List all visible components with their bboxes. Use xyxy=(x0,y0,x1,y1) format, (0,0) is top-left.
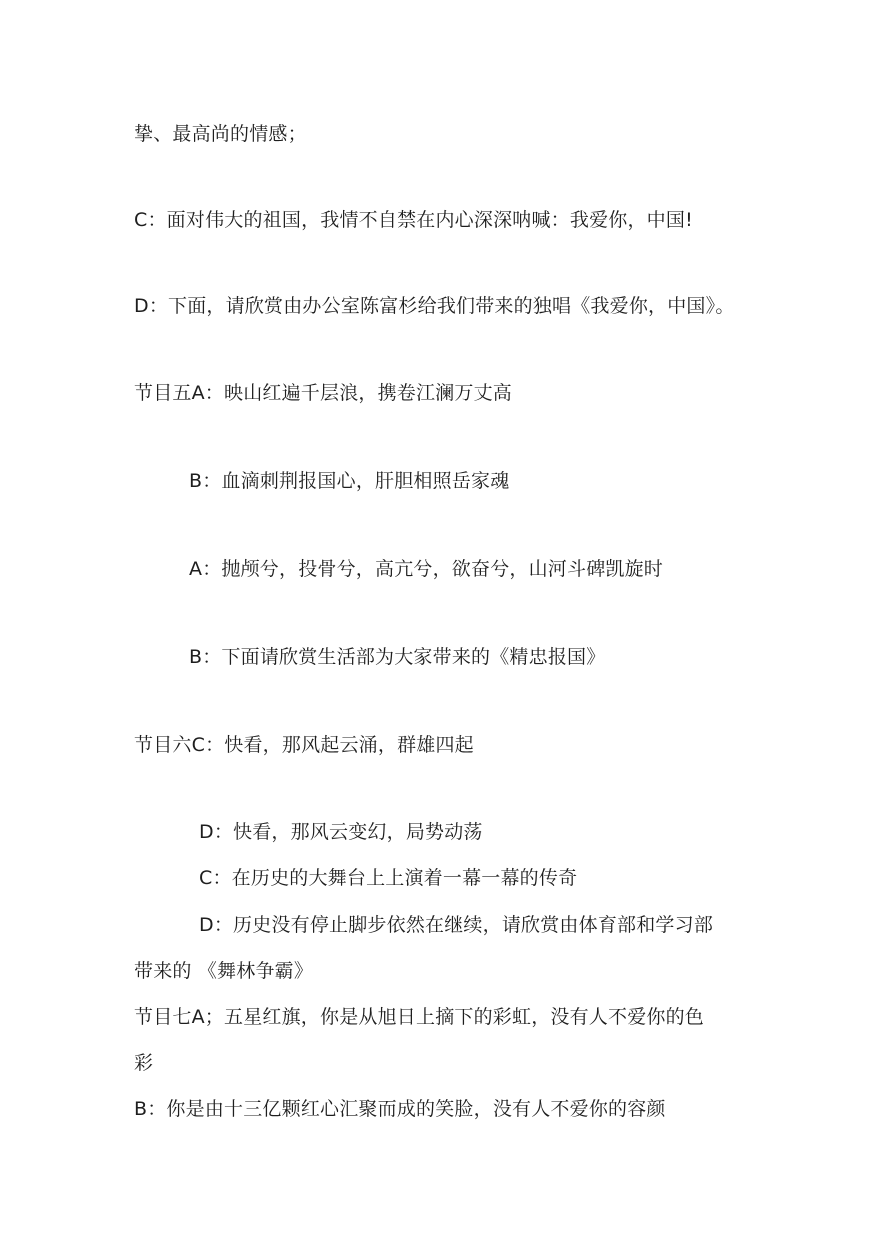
text-line-program-5-b2: B：下面请欣赏生活部为大家带来的《精忠报国》 xyxy=(189,645,605,669)
text-line-program-5-a2: A：抛颅兮，投骨兮，高亢兮，欲奋兮，山河斗碑凯旋时 xyxy=(189,557,663,581)
text-line-program-6-d2-cont: 带来的 《舞林争霸》 xyxy=(134,959,313,983)
text-line-program-6-c: 节目六C：快看，那风起云涌，群雄四起 xyxy=(134,733,474,757)
text-line-program-7-b: B：你是由十三亿颗红心汇聚而成的笑脸，没有人不爱你的容颜 xyxy=(134,1097,666,1121)
text-line-program-7-a-cont: 彩 xyxy=(134,1051,153,1075)
text-line-program-5-b: B：血滴刺荆报国心，肝胆相照岳家魂 xyxy=(189,469,509,493)
text-line-program-6-d2: D：历史没有停止脚步依然在继续，请欣赏由体育部和学习部 xyxy=(199,913,713,937)
text-line-program-5-a: 节目五A：映山红遍千层浪，携卷江澜万丈高 xyxy=(134,381,512,405)
text-line-program-7-a: 节目七A；五星红旗，你是从旭日上摘下的彩虹，没有人不爱你的色 xyxy=(134,1005,704,1029)
text-line-continuation: 挚、最高尚的情感； xyxy=(134,122,307,146)
text-line-program-6-c2: C：在历史的大舞台上上演着一幕一幕的传奇 xyxy=(199,866,577,890)
text-line-d-intro-solo: D：下面，请欣赏由办公室陈富杉给我们带来的独唱《我爱你，中国》。 xyxy=(134,294,735,318)
text-line-c-speech: C：面对伟大的祖国，我情不自禁在内心深深呐喊：我爱你，中国! xyxy=(134,208,693,232)
text-line-program-6-d: D：快看，那风云变幻，局势动荡 xyxy=(199,820,483,844)
document-page: 挚、最高尚的情感； C：面对伟大的祖国，我情不自禁在内心深深呐喊：我爱你，中国!… xyxy=(0,0,884,1250)
